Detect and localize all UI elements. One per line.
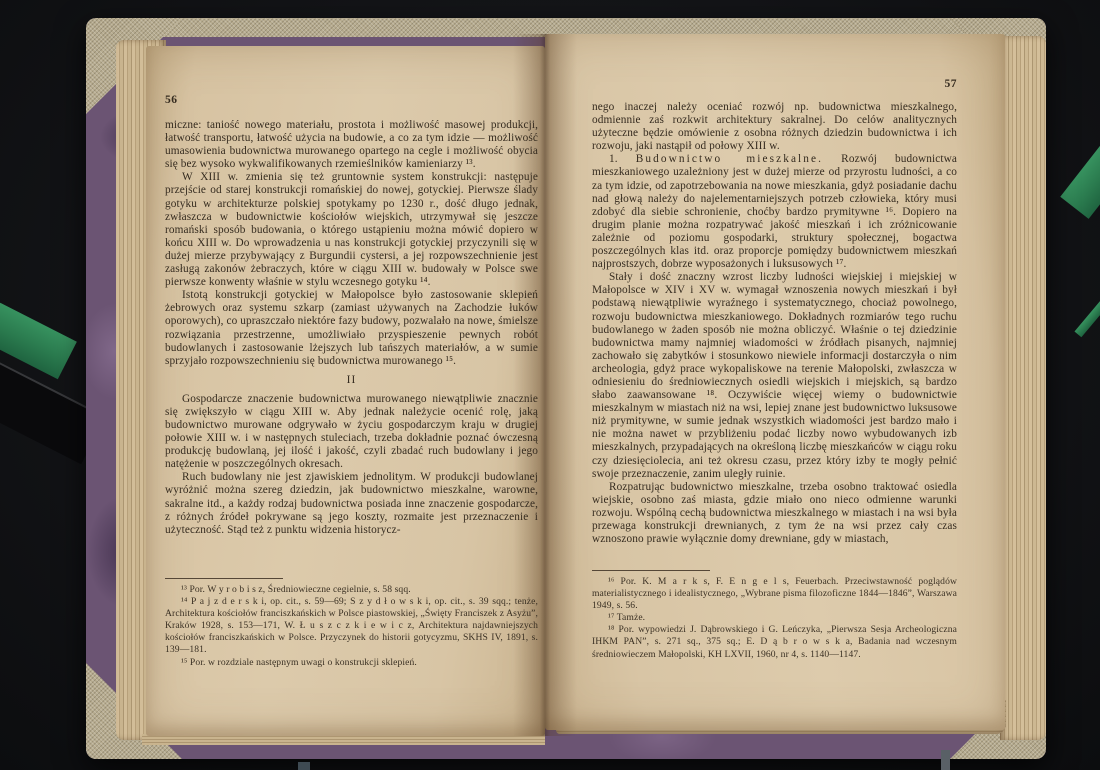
paragraph: 1. Budownictwo mieszkalne. Rozwój budown…	[592, 153, 957, 271]
paragraph: miczne: taniość nowego materiału, prosto…	[165, 119, 538, 171]
paragraph: Gospodarcze znaczenie budownictwa murowa…	[165, 393, 538, 472]
footnote: ¹⁸ Por. wypowiedzi J. Dąbrowskiego i G. …	[592, 624, 957, 660]
right-page-footnotes: ¹⁶ Por. K. M a r k s, F. E n g e l s, Fe…	[592, 570, 957, 661]
paragraph: Rozpatrując budownictwo mieszkalne, trze…	[592, 481, 957, 546]
paragraph-continuation: Rozwój budownictwa mieszkaniowego uzależ…	[592, 153, 957, 270]
footnote-separator	[592, 570, 710, 571]
book-scan-background: 56 miczne: taniość nowego materiału, pro…	[0, 0, 1100, 770]
paragraph: W XIII w. zmienia się też gruntownie sys…	[165, 171, 538, 289]
footnote: ¹³ Por. W y r o b i s z, Średniowieczne …	[165, 584, 538, 596]
cradle-mark	[298, 762, 310, 770]
page-number-left: 56	[165, 94, 538, 106]
cradle-mark	[941, 750, 950, 770]
page-edges-right	[1000, 36, 1046, 740]
paragraph: Istotą konstrukcji gotyckiej w Małopolsc…	[165, 289, 538, 368]
paragraph: nego inaczej należy oceniać rozwój np. b…	[592, 101, 957, 153]
left-page-text: 56 miczne: taniość nowego materiału, pro…	[165, 94, 538, 576]
footnote: ¹⁴ P a j z d e r s k i, op. cit., s. 59—…	[165, 596, 538, 656]
footnote: ¹⁶ Por. K. M a r k s, F. E n g e l s, Fe…	[592, 576, 957, 612]
footnote: ¹⁷ Tamże.	[592, 612, 957, 624]
left-page-footnotes: ¹³ Por. W y r o b i s z, Średniowieczne …	[165, 578, 538, 669]
right-page-text: 57 nego inaczej należy oceniać rozwój np…	[592, 78, 957, 570]
cradle-stripe-right-thin	[1074, 272, 1100, 338]
section-heading: II	[165, 374, 538, 386]
paragraph: Ruch budowlany nie jest zjawiskiem jedno…	[165, 471, 538, 536]
footnote-separator	[165, 578, 283, 579]
cradle-stripe-right	[1060, 121, 1100, 219]
footnote: ¹⁵ Por. w rozdziale następnym uwagi o ko…	[165, 657, 538, 669]
paragraph: Stały i dość znaczny wzrost liczby ludno…	[592, 271, 957, 481]
page-number-right: 57	[592, 78, 957, 90]
inline-heading: Budownictwo mieszkalne.	[636, 153, 823, 165]
list-number: 1.	[609, 153, 636, 165]
